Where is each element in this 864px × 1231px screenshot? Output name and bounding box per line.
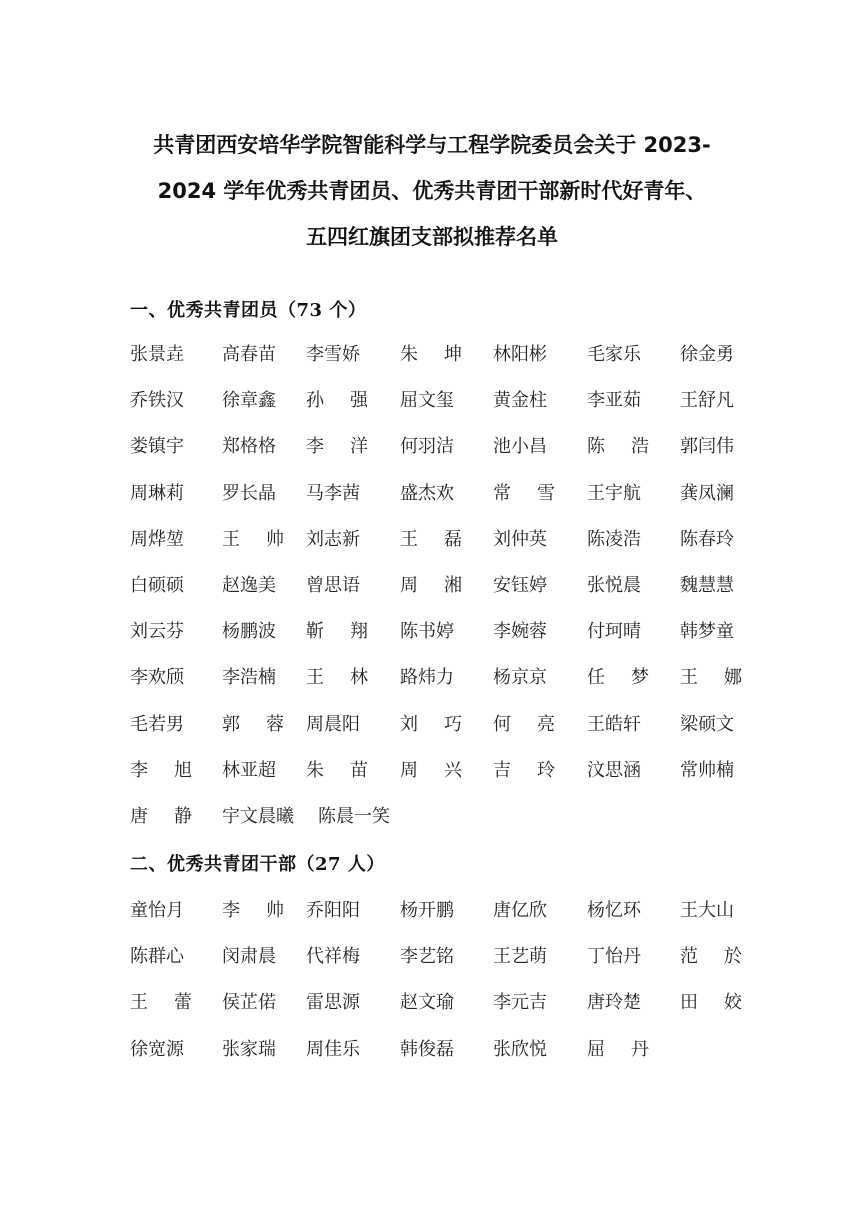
name-entry: 陈春玲 [680,525,734,555]
name-row: 童怡月李帅乔阳阳杨开鹏唐亿欣杨忆环王大山 [0,896,864,926]
name-row: 乔铁汉徐章鑫孙强屈文玺黄金柱李亚茹王舒凡 [0,386,864,416]
name-entry: 靳翔 [306,617,394,647]
name-entry: 唐玲楚 [587,988,641,1018]
name-row: 刘云芬杨鹏波靳翔陈书婷李婉蓉付珂晴韩梦童 [0,617,864,647]
name-entry: 汶思涵 [587,756,641,786]
name-entry: 丁怡丹 [587,942,641,972]
name-entry: 代祥梅 [306,942,360,972]
name-entry: 盛杰欢 [400,479,454,509]
name-row: 毛若男郭蓉周晨阳刘巧何亮王皓轩梁硕文 [0,710,864,740]
name-entry: 杨鹏波 [222,617,276,647]
name-entry: 杨忆环 [587,896,641,926]
name-entry: 李欢颀 [130,663,184,693]
name-entry: 雷思源 [306,988,360,1018]
name-entry: 任梦 [587,663,675,693]
name-entry: 马李茜 [306,479,360,509]
name-entry: 闵肃晨 [222,942,276,972]
document-title: 共青团西安培华学院智能科学与工程学院委员会关于 2023- 2024 学年优秀共… [0,122,864,260]
name-entry: 林阳彬 [493,340,547,370]
name-entry: 李艺铭 [400,942,454,972]
name-entry: 徐金勇 [680,340,734,370]
name-row: 娄镇宇郑格格李洋何羽洁池小昌陈浩郭闫伟 [0,432,864,462]
name-entry: 李婉蓉 [493,617,547,647]
name-entry: 王皓轩 [587,710,641,740]
name-entry: 杨开鹏 [400,896,454,926]
name-entry: 唐静 [130,802,218,832]
name-entry: 王舒凡 [680,386,734,416]
name-entry: 周兴 [400,756,488,786]
name-row: 周烨堃王帅刘志新王磊刘仲英陈凌浩陈春玲 [0,525,864,555]
name-entry: 王娜 [680,663,768,693]
name-entry: 周湘 [400,571,488,601]
title-line-1: 共青团西安培华学院智能科学与工程学院委员会关于 2023- [0,122,864,168]
section-heading-1: 一、优秀共青团员（73 个） [130,296,366,322]
section-heading-2: 二、优秀共青团干部（27 人） [130,850,385,876]
name-entry: 赵逸美 [222,571,276,601]
name-entry: 毛家乐 [587,340,641,370]
name-entry: 徐章鑫 [222,386,276,416]
name-entry: 田姣 [680,988,768,1018]
name-entry: 王林 [306,663,394,693]
name-entry: 杨京京 [493,663,547,693]
name-entry: 曾思语 [306,571,360,601]
name-entry: 刘云芬 [130,617,184,647]
name-entry: 张欣悦 [493,1035,547,1065]
name-entry: 李旭 [130,756,218,786]
name-entry: 赵文瑜 [400,988,454,1018]
name-entry: 周烨堃 [130,525,184,555]
name-entry: 王蕾 [130,988,218,1018]
name-entry: 张悦晨 [587,571,641,601]
name-row: 李旭林亚超朱苗周兴吉玲汶思涵常帅楠 [0,756,864,786]
name-row: 张景垚高春苗李雪娇朱坤林阳彬毛家乐徐金勇 [0,340,864,370]
name-entry: 朱坤 [400,340,488,370]
name-entry: 吉玲 [493,756,581,786]
name-entry: 乔阳阳 [306,896,360,926]
name-entry: 韩俊磊 [400,1035,454,1065]
name-entry: 陈晨一笑 [318,802,390,832]
name-entry: 李元吉 [493,988,547,1018]
name-entry: 唐亿欣 [493,896,547,926]
name-entry: 魏慧慧 [680,571,734,601]
name-row: 徐宽源张家瑞周佳乐韩俊磊张欣悦屈丹 [0,1035,864,1065]
name-entry: 付珂晴 [587,617,641,647]
name-entry: 李帅 [222,896,310,926]
title-line-2: 2024 学年优秀共青团员、优秀共青团干部新时代好青年、 [0,168,864,214]
name-entry: 乔铁汉 [130,386,184,416]
name-entry: 徐宽源 [130,1035,184,1065]
name-entry: 常雪 [493,479,581,509]
name-entry: 郭闫伟 [680,432,734,462]
name-entry: 周晨阳 [306,710,360,740]
name-entry: 白硕硕 [130,571,184,601]
name-entry: 何羽洁 [400,432,454,462]
name-entry: 刘巧 [400,710,488,740]
name-row: 白硕硕赵逸美曾思语周湘安钰婷张悦晨魏慧慧 [0,571,864,601]
name-entry: 罗长晶 [222,479,276,509]
name-entry: 龚凤澜 [680,479,734,509]
name-entry: 何亮 [493,710,581,740]
name-entry: 郑格格 [222,432,276,462]
name-entry: 侯芷偌 [222,988,276,1018]
name-entry: 周佳乐 [306,1035,360,1065]
name-entry: 王艺萌 [493,942,547,972]
name-entry: 韩梦童 [680,617,734,647]
name-entry: 周琳莉 [130,479,184,509]
name-entry: 毛若男 [130,710,184,740]
name-entry: 王宇航 [587,479,641,509]
name-entry: 林亚超 [222,756,276,786]
name-entry: 陈群心 [130,942,184,972]
name-entry: 宇文晨曦 [222,802,294,832]
name-entry: 郭蓉 [222,710,310,740]
name-entry: 屈文玺 [400,386,454,416]
name-entry: 朱苗 [306,756,394,786]
name-entry: 李洋 [306,432,394,462]
name-row: 唐静宇文晨曦陈晨一笑 [0,802,864,832]
name-entry: 刘仲英 [493,525,547,555]
name-entry: 娄镇宇 [130,432,184,462]
name-entry: 刘志新 [306,525,360,555]
name-row: 李欢颀李浩楠王林路炜力杨京京任梦王娜 [0,663,864,693]
title-line-3: 五四红旗团支部拟推荐名单 [0,214,864,260]
name-entry: 安钰婷 [493,571,547,601]
name-entry: 范於 [680,942,768,972]
name-row: 周琳莉罗长晶马李茜盛杰欢常雪王宇航龚凤澜 [0,479,864,509]
name-entry: 王磊 [400,525,488,555]
name-entry: 李雪娇 [306,340,360,370]
name-row: 王蕾侯芷偌雷思源赵文瑜李元吉唐玲楚田姣 [0,988,864,1018]
name-entry: 王帅 [222,525,310,555]
name-entry: 黄金柱 [493,386,547,416]
name-entry: 高春苗 [222,340,276,370]
name-entry: 李浩楠 [222,663,276,693]
name-entry: 王大山 [680,896,734,926]
name-entry: 常帅楠 [680,756,734,786]
name-entry: 梁硕文 [680,710,734,740]
name-entry: 李亚茹 [587,386,641,416]
name-entry: 池小昌 [493,432,547,462]
name-entry: 屈丹 [587,1035,675,1065]
name-entry: 陈凌浩 [587,525,641,555]
name-entry: 路炜力 [400,663,454,693]
name-entry: 孙强 [306,386,394,416]
name-entry: 陈浩 [587,432,675,462]
name-row: 陈群心闵肃晨代祥梅李艺铭王艺萌丁怡丹范於 [0,942,864,972]
name-entry: 张家瑞 [222,1035,276,1065]
name-entry: 童怡月 [130,896,184,926]
name-entry: 张景垚 [130,340,184,370]
name-entry: 陈书婷 [400,617,454,647]
